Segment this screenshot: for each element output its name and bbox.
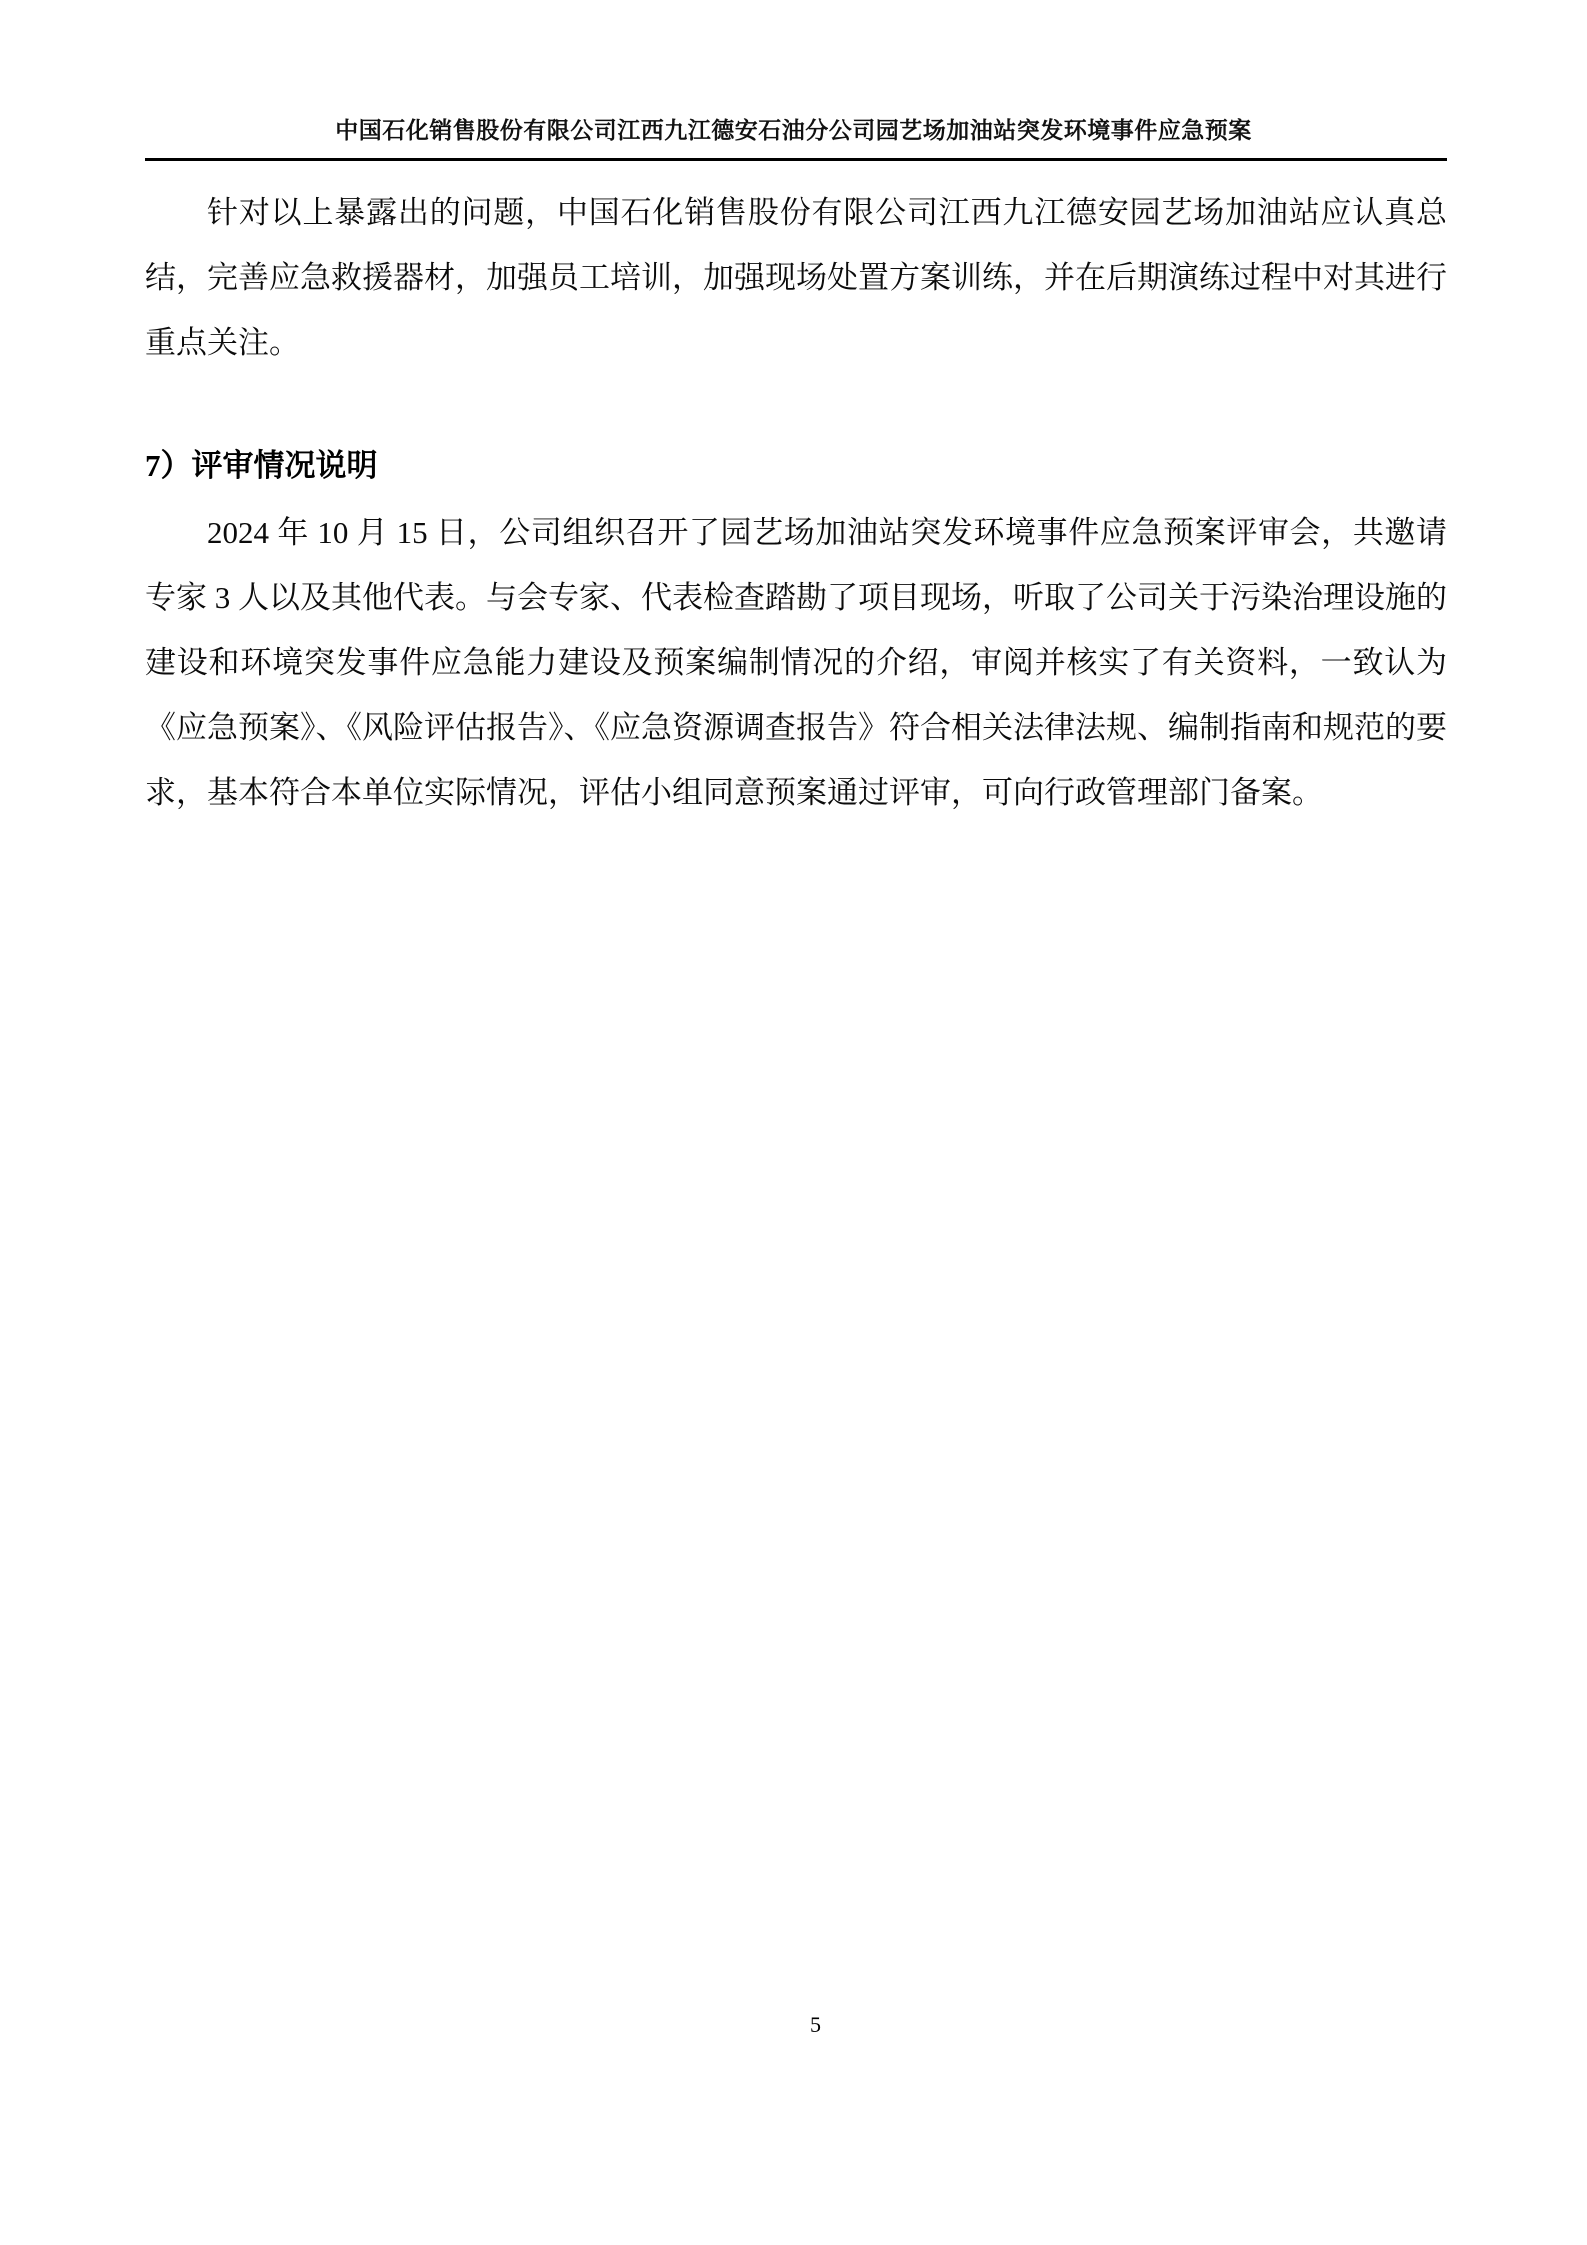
document-header-title: 中国石化销售股份有限公司江西九江德安石油分公司园艺场加油站突发环境事件应急预案	[0, 112, 1587, 145]
section-heading-review-status: 7）评审情况说明	[145, 433, 1447, 498]
paragraph-review-meeting: 2024 年 10 月 15 日，公司组织召开了园艺场加油站突发环境事件应急预案…	[145, 500, 1447, 825]
page-number: 5	[0, 2013, 1587, 2037]
paragraph-summary-issues: 针对以上暴露出的问题，中国石化销售股份有限公司江西九江德安园艺场加油站应认真总结…	[145, 180, 1447, 375]
document-body: 针对以上暴露出的问题，中国石化销售股份有限公司江西九江德安园艺场加油站应认真总结…	[145, 160, 1447, 825]
document-page: 中国石化销售股份有限公司江西九江德安石油分公司园艺场加油站突发环境事件应急预案 …	[0, 0, 1587, 2245]
